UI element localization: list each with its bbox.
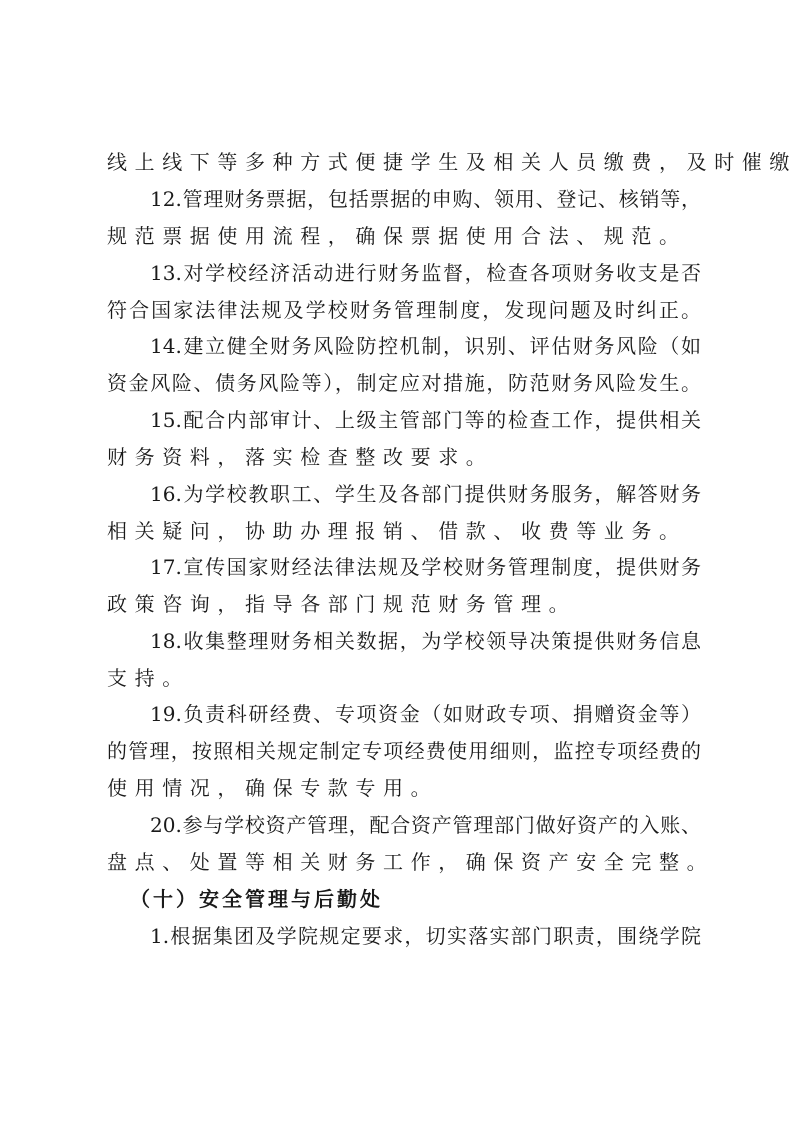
item-15-line-2: 财务资料，落实检查整改要求。	[107, 442, 701, 472]
item-11-line-2: 线上线下等多种方式便捷学生及相关人员缴费，及时催缴欠费。	[107, 147, 701, 177]
item-17-line-2: 政策咨询，指导各部门规范财务管理。	[107, 589, 701, 619]
item-19-line-2: 的管理，按照相关规定制定专项经费使用细则，监控专项经费的	[107, 736, 701, 766]
item-16-line-1: 16.为学校教职工、学生及各部门提供财务服务，解答财务	[150, 479, 701, 509]
item-18-line-2: 支持。	[107, 663, 701, 693]
item-19-line-1: 19.负责科研经费、专项资金（如财政专项、捐赠资金等）	[150, 699, 701, 729]
item-12-line-2: 规范票据使用流程，确保票据使用合法、规范。	[107, 221, 701, 251]
section-heading: （十）安全管理与后勤处	[130, 884, 430, 914]
item-13-line-1: 13.对学校经济活动进行财务监督，检查各项财务收支是否	[150, 258, 701, 288]
item-16-line-2: 相关疑问，协助办理报销、借款、收费等业务。	[107, 516, 701, 546]
item-20-line-1: 20.参与学校资产管理，配合资产管理部门做好资产的入账、	[150, 810, 701, 840]
item-20-line-2: 盘点、处置等相关财务工作，确保资产安全完整。	[107, 847, 701, 877]
item-15-line-1: 15.配合内部审计、上级主管部门等的检查工作，提供相关	[150, 405, 701, 435]
item-13-line-2: 符合国家法律法规及学校财务管理制度，发现问题及时纠正。	[107, 295, 701, 325]
document-page: 线上线下等多种方式便捷学生及相关人员缴费，及时催缴欠费。 12.管理财务票据，包…	[0, 0, 793, 1122]
item-17-line-1: 17.宣传国家财经法律法规及学校财务管理制度，提供财务	[150, 552, 701, 582]
item-14-line-2: 资金风险、债务风险等），制定应对措施，防范财务风险发生。	[107, 368, 701, 398]
item-19-line-3: 使用情况，确保专款专用。	[107, 773, 701, 803]
item-18-line-1: 18.收集整理财务相关数据，为学校领导决策提供财务信息	[150, 626, 701, 656]
section-item-1-line-1: 1.根据集团及学院规定要求，切实落实部门职责，围绕学院	[150, 921, 701, 951]
item-14-line-1: 14.建立健全财务风险防控机制，识别、评估财务风险（如	[150, 331, 701, 361]
item-12-line-1: 12.管理财务票据，包括票据的申购、领用、登记、核销等，	[150, 184, 701, 214]
